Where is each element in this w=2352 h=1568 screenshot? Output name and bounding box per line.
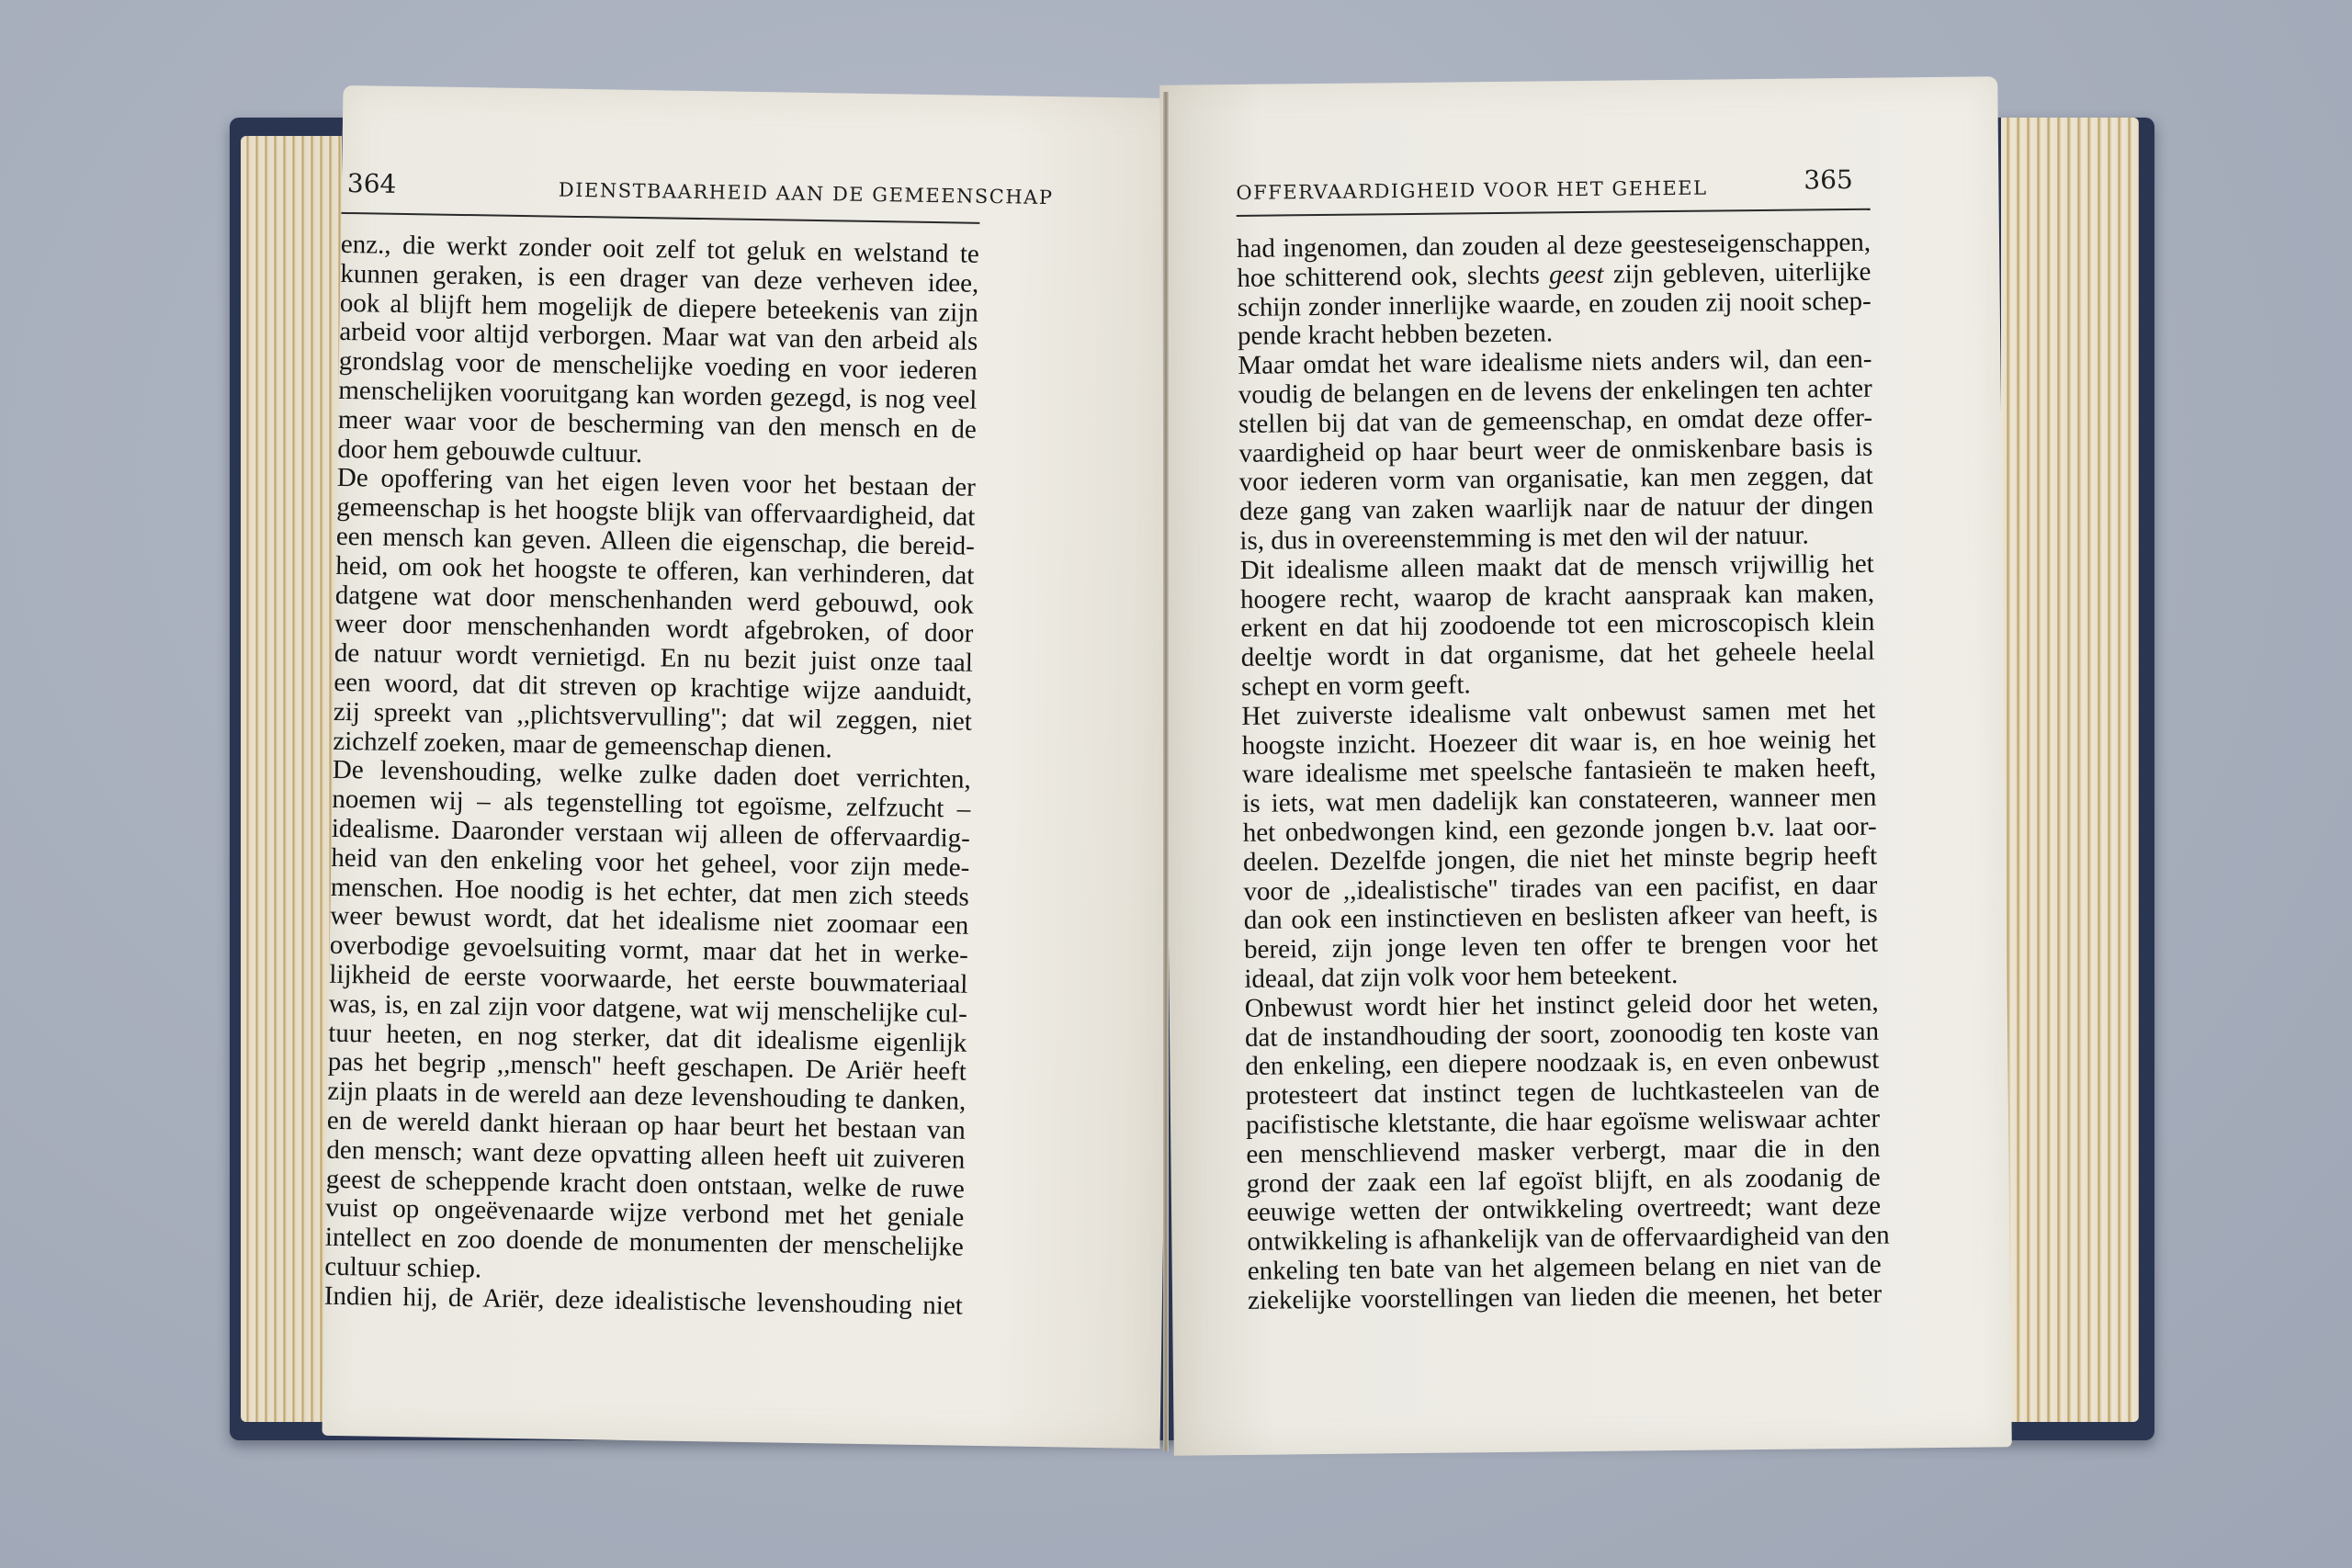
page-number: 364: [347, 168, 397, 199]
running-head: DIENSTBAARHEID AAN DE GEMEENSCHAP: [559, 179, 1054, 209]
right-page-header: OFFERVAARDIGHEID VOOR HET GEHEEL 365: [1160, 168, 1998, 214]
page-number: 365: [1804, 164, 1853, 196]
right-page: OFFERVAARDIGHEID VOOR HET GEHEEL 365 had…: [1159, 76, 2012, 1455]
right-page-body: had ingenomen, dan zouden al deze geeste…: [1237, 229, 1882, 1316]
left-page: 364 DIENSTBAARHEID AAN DE GEMEENSCHAP en…: [322, 85, 1182, 1449]
right-page-edges: [2001, 118, 2139, 1422]
left-page-body: enz., die werkt zonder ooit zelf tot gel…: [324, 231, 979, 1321]
text-line: ziekelijke voorstellingen van lieden die…: [1248, 1280, 1882, 1315]
book-gutter: [1163, 92, 1169, 1451]
running-head: OFFERVAARDIGHEID VOOR HET GEHEEL: [1236, 177, 1707, 204]
left-page-header: 364 DIENSTBAARHEID AAN DE GEMEENSCHAP: [341, 174, 1180, 223]
